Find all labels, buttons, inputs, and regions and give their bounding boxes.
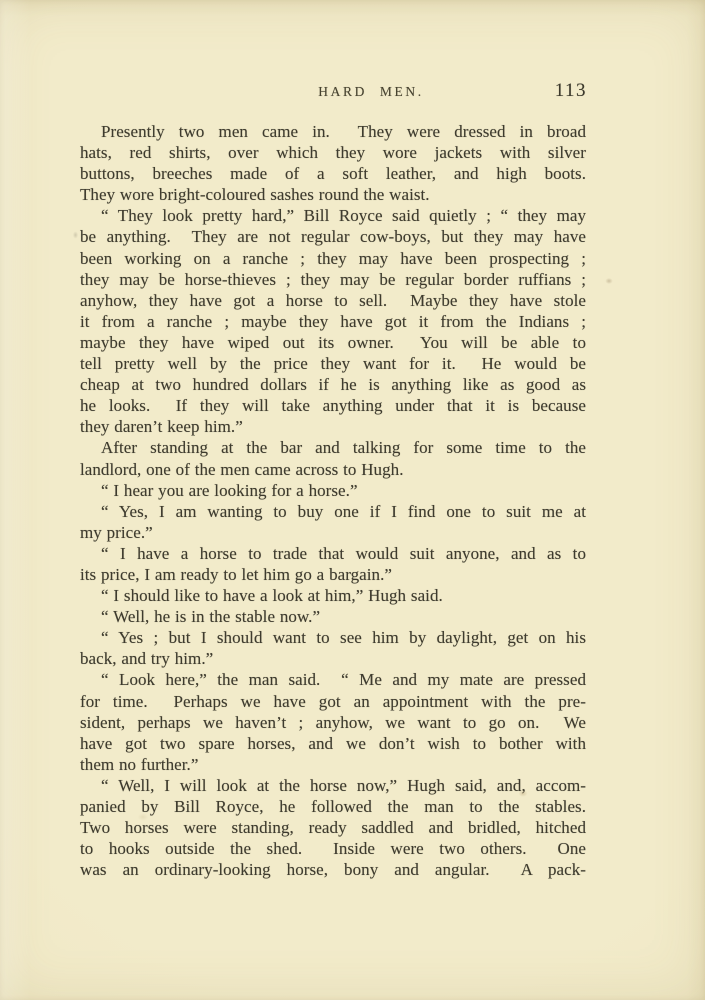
text-line: “ Look here,” the man said. “ Me and my … — [80, 669, 586, 690]
scan-speck — [72, 230, 79, 240]
paragraph: “ Look here,” the man said. “ Me and my … — [80, 669, 586, 774]
paragraph: Presently two men came in. They were dre… — [80, 121, 586, 205]
text-line: sident, perhaps we haven’t ; anyhow, we … — [80, 712, 586, 733]
text-line: was an ordinary-looking horse, bony and … — [80, 859, 586, 880]
text-line: my price.” — [80, 522, 586, 543]
text-line: them no further.” — [80, 754, 586, 775]
page-header: HARD MEN. 113 — [0, 80, 705, 104]
text-line: its price, I am ready to let him go a ba… — [80, 564, 586, 585]
text-line: “ Yes ; but I should want to see him by … — [80, 627, 586, 648]
text-line: been working on a ranche ; they may have… — [80, 248, 586, 269]
text-line: they may be horse-thieves ; they may be … — [80, 269, 586, 290]
text-line: cheap at two hundred dollars if he is an… — [80, 374, 586, 395]
text-line: anyhow, they have got a horse to sell. M… — [80, 290, 586, 311]
paragraph: “ Well, I will look at the horse now,” H… — [80, 775, 586, 880]
paragraph: “ I hear you are looking for a horse.” — [80, 480, 586, 501]
paragraph: “ Well, he is in the stable now.” — [80, 606, 586, 627]
text-line: “ Well, he is in the stable now.” — [80, 606, 586, 627]
paragraph: “ They look pretty hard,” Bill Royce sai… — [80, 205, 586, 437]
text-line: it from a ranche ; maybe they have got i… — [80, 311, 586, 332]
text-line: “ Well, I will look at the horse now,” H… — [80, 775, 586, 796]
text-line: “ I should like to have a look at him,” … — [80, 585, 586, 606]
text-line: have got two spare horses, and we don’t … — [80, 733, 586, 754]
running-head-title: HARD MEN. — [318, 84, 423, 100]
text-line: “ Yes, I am wanting to buy one if I find… — [80, 501, 586, 522]
text-line: They wore bright-coloured sashes round t… — [80, 184, 586, 205]
text-line: “ They look pretty hard,” Bill Royce sai… — [80, 205, 586, 226]
text-line: panied by Bill Royce, he followed the ma… — [80, 796, 586, 817]
text-line: back, and try him.” — [80, 648, 586, 669]
text-line: be anything. They are not regular cow-bo… — [80, 226, 586, 247]
scan-speck — [604, 277, 614, 285]
page-number: 113 — [555, 80, 587, 102]
page-body: Presently two men came in. They were dre… — [80, 121, 586, 880]
paragraph: “ Yes ; but I should want to see him by … — [80, 627, 586, 669]
paragraph: After standing at the bar and talking fo… — [80, 437, 586, 479]
text-line: buttons, breeches made of a soft leather… — [80, 163, 586, 184]
text-line: tell pretty well by the price they want … — [80, 353, 586, 374]
text-line: landlord, one of the men came across to … — [80, 459, 586, 480]
text-line: “ I hear you are looking for a horse.” — [80, 480, 586, 501]
book-page: HARD MEN. 113 Presently two men came in.… — [0, 0, 705, 1000]
text-line: Two horses were standing, ready saddled … — [80, 817, 586, 838]
text-line: hats, red shirts, over which they wore j… — [80, 142, 586, 163]
paragraph: “ I should like to have a look at him,” … — [80, 585, 586, 606]
text-line: After standing at the bar and talking fo… — [80, 437, 586, 458]
text-line: maybe they have wiped out its owner. You… — [80, 332, 586, 353]
text-line: he looks. If they will take anything und… — [80, 395, 586, 416]
text-line: they daren’t keep him.” — [80, 416, 586, 437]
paragraph: “ Yes, I am wanting to buy one if I find… — [80, 501, 586, 543]
text-line: Presently two men came in. They were dre… — [80, 121, 586, 142]
paragraph: “ I have a horse to trade that would sui… — [80, 543, 586, 585]
text-line: to hooks outside the shed. Inside were t… — [80, 838, 586, 859]
text-line: for time. Perhaps we have got an appoint… — [80, 691, 586, 712]
text-line: “ I have a horse to trade that would sui… — [80, 543, 586, 564]
